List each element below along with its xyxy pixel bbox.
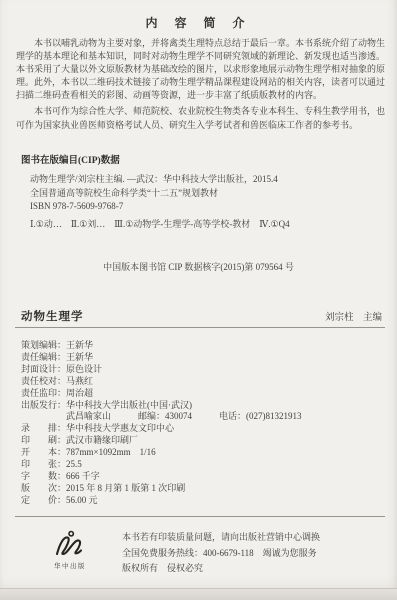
credit-row-cover-design: 封面设计：原色设计 <box>21 364 385 376</box>
publication-credits: 策划编辑：王新华 责任编辑：王新华 封面设计：原色设计 责任校对：马燕红 责任监… <box>21 340 385 507</box>
credit-row-word-count: 字 数：666 千字 <box>21 471 385 483</box>
cip-heading: 图书在版编目(CIP)数据 <box>21 152 120 166</box>
credit-row-format: 开 本：787mm×1092mm 1/16 <box>21 447 385 459</box>
divider-bottom <box>15 516 385 517</box>
credit-row-typesetting: 录 排：华中科技大学惠友文印中心 <box>21 423 385 435</box>
credit-row-responsible-editor: 责任编辑：王新华 <box>21 352 385 364</box>
page-bottom-edge <box>0 588 397 600</box>
book-title: 动物生理学 <box>21 308 84 324</box>
cip-series-line: 全国普通高等院校生命科学类“十二五”规划教材 <box>30 187 383 201</box>
credit-row-print-supervisor: 责任监印：周治超 <box>21 388 385 400</box>
press-logo-icon <box>51 528 89 560</box>
footer-notices: 本书若有印装质量问题，请向出版社营销中心调换 全国免费服务热线：400-6679… <box>122 530 377 577</box>
credit-row-edition: 版 次：2015 年 8 月第 1 版第 1 次印刷 <box>21 483 385 495</box>
book-copyright-page: 内 容 简 介 本书以哺乳动物为主要对象，并将禽类生理特点总结于最后一章。本书系… <box>0 0 397 600</box>
credit-row-proofreader: 责任校对：马燕红 <box>21 376 385 388</box>
cip-bibliography-line: 动物生理学/刘宗柱主编. —武汉：华中科技大学出版社，2015.4 <box>30 173 383 187</box>
quality-notice: 本书若有印装质量问题，请向出版社营销中心调换 <box>122 530 377 546</box>
intro-paragraph-2: 本书可作为综合性大学、师范院校、农业院校生物类各专业本科生、专科生教学用书，也可… <box>16 105 385 131</box>
cip-block: 动物生理学/刘宗柱主编. —武汉：华中科技大学出版社，2015.4 全国普通高等… <box>30 173 383 214</box>
press-logo-text: 华中出版 <box>44 561 96 570</box>
cip-classification: Ⅰ.①动… Ⅱ.①刘… Ⅲ.①动物学-生理学-高等学校-教材 Ⅳ.①Q4 <box>30 217 290 230</box>
credit-row-sheets: 印 张：25.5 <box>21 459 385 471</box>
cip-registry-number: 中国版本图书馆 CIP 数据核字(2015)第 079564 号 <box>0 260 397 273</box>
book-header: 动物生理学 刘宗柱 主编 <box>21 308 382 324</box>
chief-editor: 刘宗柱 主编 <box>325 309 382 323</box>
intro-body: 本书以哺乳动物为主要对象，并将禽类生理特点总结于最后一章。本书系统介绍了动物生理… <box>16 37 385 132</box>
divider-top <box>15 327 385 328</box>
credit-row-publisher: 出版发行：华中科技大学出版社(中国·武汉) <box>21 400 385 412</box>
intro-paragraph-1: 本书以哺乳动物为主要对象，并将禽类生理特点总结于最后一章。本书系统介绍了动物生理… <box>16 37 385 102</box>
credit-row-printing-house: 印 刷：武汉市籍缘印刷厂 <box>21 435 385 447</box>
isbn-line: ISBN 978-7-5609-9768-7 <box>30 200 383 214</box>
credit-row-planning-editor: 策划编辑：王新华 <box>21 340 385 352</box>
credit-row-price: 定 价：56.00 元 <box>21 495 385 507</box>
credit-row-publisher-address: 武昌喻家山 邮编：430074 电话：(027)81321913 <box>21 411 385 423</box>
intro-title: 内 容 简 介 <box>0 14 397 31</box>
service-hotline: 全国免费服务热线：400-6679-118 竭诚为您服务 <box>122 546 377 562</box>
hust-press-logo: 华中出版 <box>44 528 96 570</box>
copyright-notice: 版权所有 侵权必究 <box>122 561 377 577</box>
